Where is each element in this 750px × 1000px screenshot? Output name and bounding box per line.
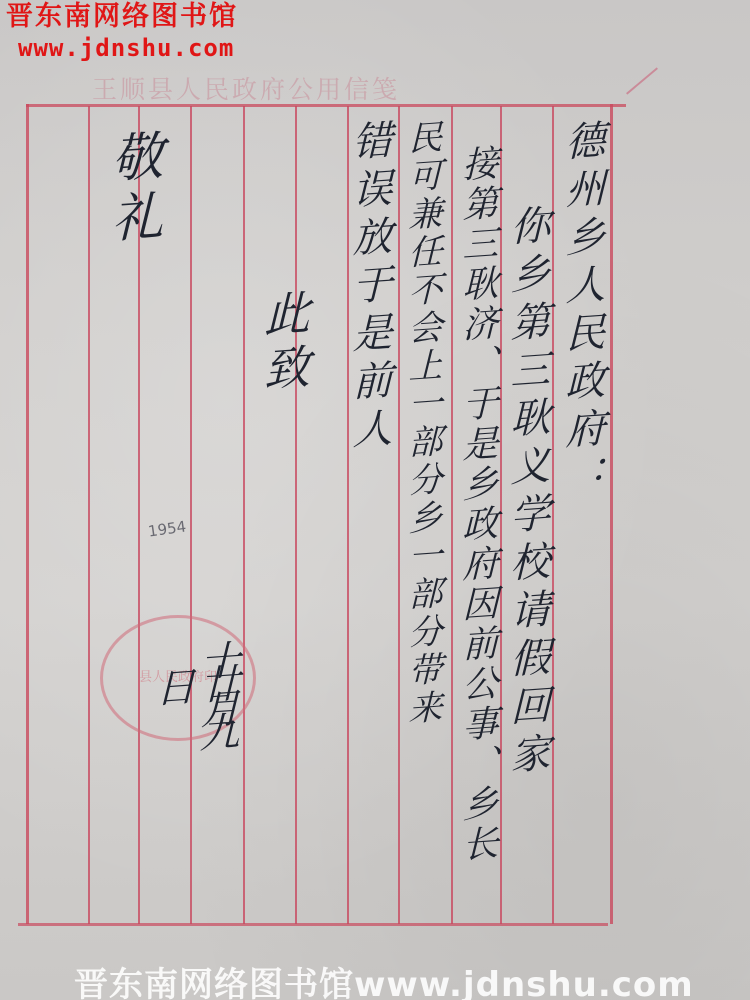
body-line-4: 错误放于是前人 — [347, 118, 391, 601]
body-line-3: 民可兼任不会上一部分乡一部分带来 — [400, 118, 444, 921]
column-rule — [500, 106, 502, 924]
frame-left-border — [26, 104, 29, 924]
frame-right-border — [610, 104, 613, 924]
watermark-bottom: 晋东南网络图书馆www.jdnshu.com — [74, 957, 694, 1000]
closing-text: 此致 — [262, 288, 306, 441]
signature: 敬礼 — [110, 128, 154, 291]
letterhead-title: 王顺县人民政府公用信笺 — [92, 70, 552, 100]
frame-top-border — [26, 104, 626, 107]
body-line-2: 接第三耿济、于是乡政府因前公事、乡长 — [455, 143, 499, 966]
watermark-title: 晋东南网络图书馆 — [6, 2, 238, 32]
column-rule — [243, 106, 245, 924]
column-rule — [451, 106, 453, 924]
salutation: 德州乡人民政府： — [560, 118, 604, 541]
body-line-1: 你乡第三耿义学校请假回家 — [505, 203, 549, 966]
column-rule — [552, 106, 554, 924]
watermark-url: www.jdnshu.com — [18, 34, 234, 62]
column-rule — [88, 106, 90, 924]
column-rule — [295, 106, 297, 924]
date-day: 廿九日 — [150, 662, 238, 808]
